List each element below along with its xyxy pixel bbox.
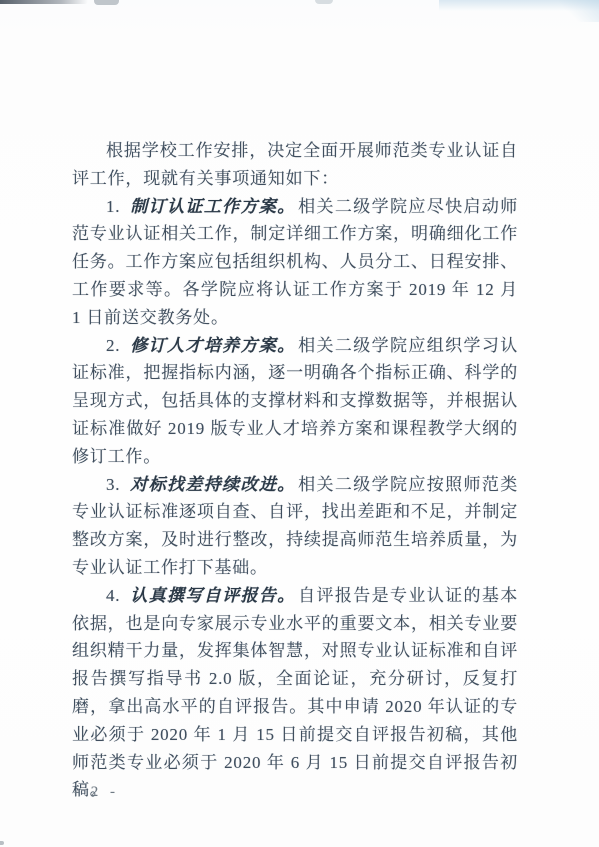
item-4-title: 认真撰写自评报告。 — [130, 586, 296, 605]
item-1-title: 制订认证工作方案。 — [130, 197, 296, 216]
scan-artifact-top-left — [0, 0, 88, 4]
item-4-number: 4. — [106, 586, 120, 605]
item-1-body: 相关二级学院应尽快启动师范专业认证相关工作，制定详细工作方案，明确细化工作任务。… — [72, 197, 518, 327]
notice-item-3: 3.对标找差持续改进。相关二级学院应按照师范类专业认证标准逐项自查、自评，找出差… — [72, 471, 518, 582]
scan-artifact-top-right-tint — [439, 0, 599, 11]
notice-item-1: 1.制订认证工作方案。相关二级学院应尽快启动师范专业认证相关工作，制定详细工作方… — [72, 193, 518, 332]
item-4-body: 自评报告是专业认证的基本依据，也是向专家展示专业水平的重要文本，相关专业要组织精… — [72, 586, 518, 800]
item-2-body: 相关二级学院应组织学习认证标准，把握指标内涵，逐一明确各个指标正确、科学的呈现方… — [72, 336, 518, 466]
scan-artifact-top-right-corner — [559, 0, 599, 22]
item-3-title: 对标找差持续改进。 — [130, 475, 296, 494]
scan-artifact-top-middle — [315, 0, 333, 4]
scan-artifact-bottom-left — [0, 841, 4, 845]
scan-artifact-top-left-2 — [94, 0, 119, 5]
item-3-number: 3. — [106, 475, 120, 494]
intro-paragraph: 根据学校工作安排，决定全面开展师范类专业认证自评工作，现就有关事项通知如下： — [72, 137, 518, 193]
scanned-document-page: 根据学校工作安排，决定全面开展师范类专业认证自评工作，现就有关事项通知如下： 1… — [0, 0, 599, 847]
item-1-number: 1. — [106, 197, 120, 216]
notice-body: 根据学校工作安排，决定全面开展师范类专业认证自评工作，现就有关事项通知如下： 1… — [72, 137, 518, 804]
item-2-title: 修订人才培养方案。 — [130, 336, 296, 355]
item-2-number: 2. — [106, 336, 120, 355]
notice-item-4: 4.认真撰写自评报告。自评报告是专业认证的基本依据，也是向专家展示专业水平的重要… — [72, 582, 518, 804]
notice-item-2: 2.修订人才培养方案。相关二级学院应组织学习认证标准，把握指标内涵，逐一明确各个… — [72, 332, 518, 471]
intro-text: 根据学校工作安排，决定全面开展师范类专业认证自评工作，现就有关事项通知如下： — [72, 141, 518, 188]
page-number: - 2 - — [74, 784, 119, 801]
